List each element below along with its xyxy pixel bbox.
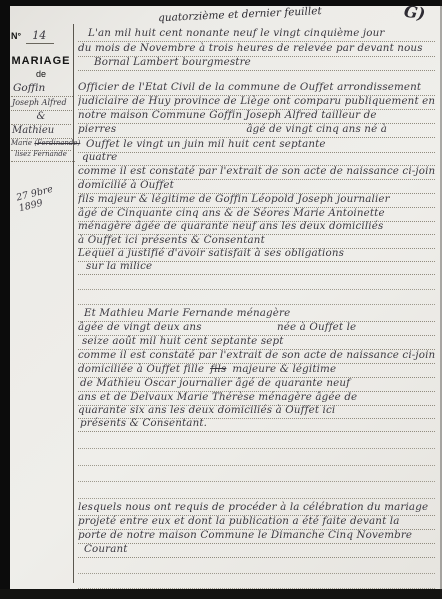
margin-column: N° 14 MARIAGE de Goffin Joseph Alfred & … — [11, 0, 72, 599]
manuscript-line: pierres âgé de vingt cinq ans né à — [78, 122, 435, 138]
ruled-blank-line — [78, 466, 435, 482]
manuscript-struck-word: fils — [210, 363, 226, 375]
margin-joiner-ampersand: & — [11, 111, 71, 125]
margin-groom-surname: Goffin — [11, 82, 73, 97]
ruled-blank-line — [78, 274, 435, 290]
manuscript-line: Bornal Lambert bourgmestre — [78, 55, 435, 71]
margin-groom-firstnames: Joseph Alfred — [11, 98, 72, 111]
manuscript-line: présents & Consentant. — [78, 416, 435, 432]
act-number-value: 14 — [26, 29, 54, 44]
margin-bride-firstname: Marie — [11, 139, 32, 147]
act-number-row: N° 14 — [11, 24, 71, 40]
scan-border-left — [0, 0, 10, 599]
act-number-label: N° — [11, 31, 21, 41]
margin-date: 27 9bre 1899 — [9, 178, 78, 215]
margin-bride-surname: Mathieu — [11, 125, 72, 139]
ruled-blank-line — [78, 433, 435, 449]
manuscript-segment: majeure & légitime — [232, 363, 336, 375]
manuscript-line: Courant — [78, 542, 435, 558]
ruled-blank-line — [78, 573, 435, 589]
ruled-blank-line — [78, 450, 435, 466]
margin-title: MARIAGE — [11, 55, 71, 67]
margin-bride-firstname-struck: (Ferdinande) — [34, 139, 80, 147]
ruled-blank-line — [78, 483, 435, 499]
margin-title-of: de — [11, 69, 71, 79]
margin-correction-note: lisez Fernande — [11, 150, 75, 162]
manuscript-line: L'an mil huit cent nonante neuf le vingt… — [78, 26, 435, 42]
manuscript-segment: domiciliée à Ouffet fille — [78, 363, 204, 375]
manuscript-line: sur la milice — [78, 259, 435, 275]
ruled-blank-line — [78, 289, 435, 305]
clerk-paraph: G) — [403, 2, 427, 24]
margin-divider-rule — [73, 24, 74, 583]
ruled-blank-line — [78, 558, 435, 574]
document-page: quatorzième et dernier feuillet G) N° 14… — [0, 0, 442, 599]
